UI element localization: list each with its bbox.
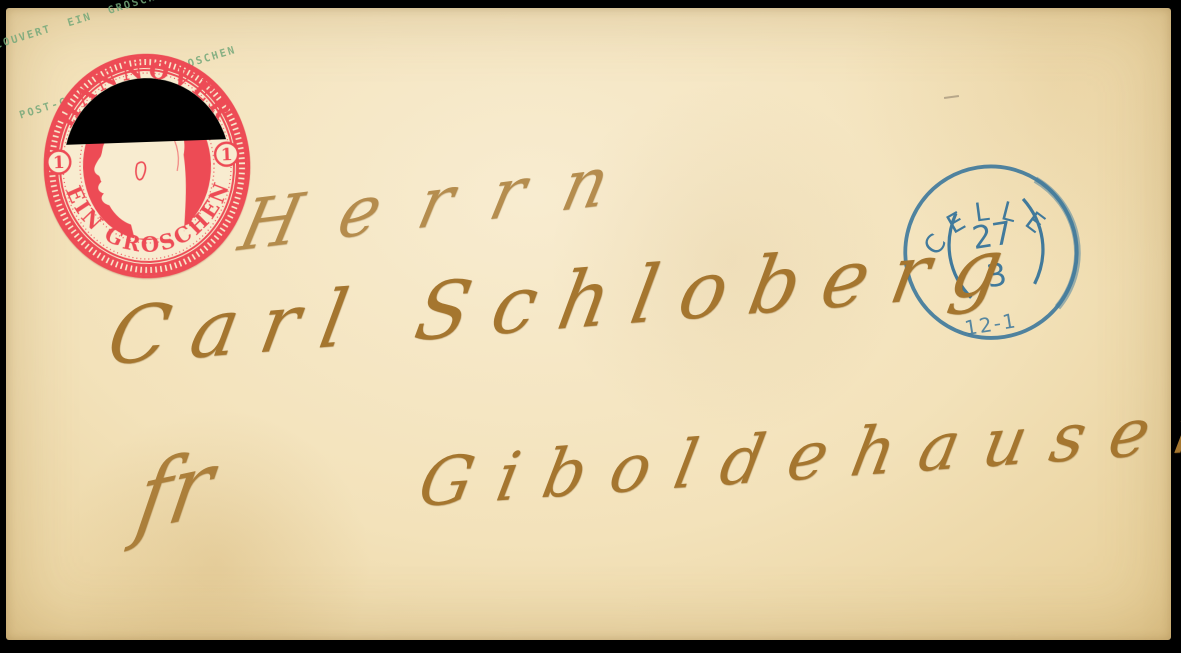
address-prefix-flourish: fr xyxy=(129,428,221,553)
value-left: 1 xyxy=(53,153,66,173)
address-salutation: Herrn xyxy=(232,136,656,268)
scan-background: POST-COUVERT EIN GROSCHEN POST-COUVERT E… xyxy=(0,0,1181,653)
pencil-mark xyxy=(944,95,959,99)
address-town: Giboldehausen xyxy=(413,387,1181,523)
embossed-stamp: HANNOVER EIN GROSCHEN 1 1 xyxy=(32,44,262,288)
value-right: 1 xyxy=(220,145,233,165)
envelope: POST-COUVERT EIN GROSCHEN POST-COUVERT E… xyxy=(6,8,1171,640)
